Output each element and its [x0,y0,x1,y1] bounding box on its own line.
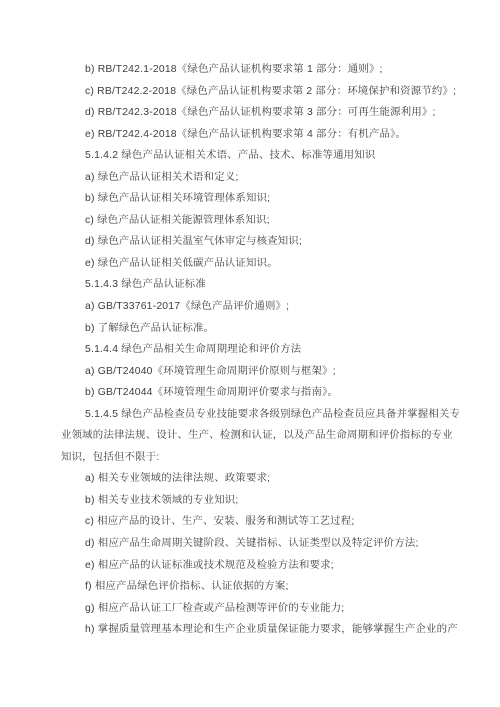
text-line: a) 相关专业领域的法律法规、政策要求; [61,468,486,490]
text-line: 业领域的法律法规、设计、生产、检测和认证，以及产品生命周期和评价指标的专业 [61,425,486,447]
text-line: d) RB/T242.3-2018《绿色产品认证机构要求第 3 部分：可再生能源… [61,102,486,124]
text-line: a) GB/T33761-2017《绿色产品评价通则》; [61,296,486,318]
text-line: b) RB/T242.1-2018《绿色产品认证机构要求第 1 部分：通则》; [61,59,486,81]
text-line: c) 绿色产品认证相关能源管理体系知识; [61,210,486,232]
document-text-block: b) RB/T242.1-2018《绿色产品认证机构要求第 1 部分：通则》; … [61,59,486,641]
text-line: c) 相应产品的设计、生产、安装、服务和测试等工艺过程; [61,511,486,533]
section-heading: 5.1.4.3 绿色产品认证标准 [61,274,486,296]
text-line: d) 相应产品生命周期关键阶段、关键指标、认证类型以及特定评价方法; [61,533,486,555]
section-heading: 5.1.4.2 绿色产品认证相关术语、产品、技术、标准等通用知识 [61,145,486,167]
text-line: g) 相应产品认证工厂检查或产品检测等评价的专业能力; [61,598,486,620]
text-line: a) 绿色产品认证相关术语和定义; [61,167,486,189]
text-line: b) 绿色产品认证相关环境管理体系知识; [61,188,486,210]
text-line: e) 绿色产品认证相关低碳产品认证知识。 [61,253,486,275]
document-page: b) RB/T242.1-2018《绿色产品认证机构要求第 1 部分：通则》; … [0,0,500,707]
text-line: 知识，包括但不限于: [61,447,486,469]
text-line: e) RB/T242.4-2018《绿色产品认证机构要求第 4 部分：有机产品》… [61,124,486,146]
text-line: c) RB/T242.2-2018《绿色产品认证机构要求第 2 部分：环境保护和… [61,81,486,103]
text-line: d) 绿色产品认证相关温室气体审定与核查知识; [61,231,486,253]
text-line: a) GB/T24040《环境管理生命周期评价原则与框架》; [61,361,486,383]
section-heading: 5.1.4.5 绿色产品检查员专业技能要求各级别绿色产品检查员应具备并掌握相关专 [61,404,486,426]
text-line: b) 相关专业技术领域的专业知识; [61,490,486,512]
text-line: e) 相应产品的认证标准或技术规范及检验方法和要求; [61,555,486,577]
text-line: b) GB/T24044《环境管理生命周期评价要求与指南》。 [61,382,486,404]
text-line: b) 了解绿色产品认证标准。 [61,318,486,340]
text-line: h) 掌握质量管理基本理论和生产企业质量保证能力要求，能够掌握生产企业的产 [61,619,486,641]
text-line: f) 相应产品绿色评价指标、认证依据的方案; [61,576,486,598]
section-heading: 5.1.4.4 绿色产品相关生命周期理论和评价方法 [61,339,486,361]
